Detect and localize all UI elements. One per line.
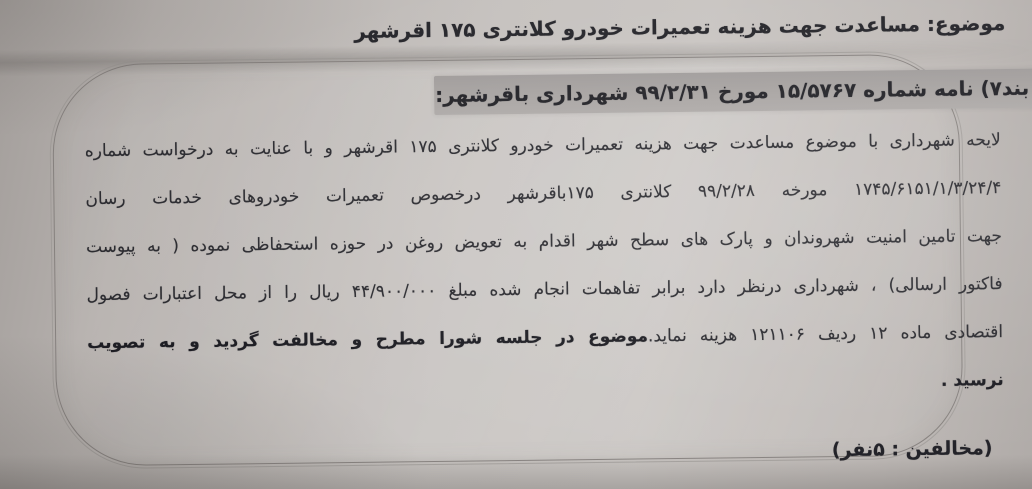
section-heading: بند۷) نامه شماره ۱۵/۵۷۶۷ مورخ ۹۹/۲/۳۱ شه…: [435, 76, 1029, 107]
section-heading-highlight: بند۷) نامه شماره ۱۵/۵۷۶۷ مورخ ۹۹/۲/۳۱ شه…: [434, 69, 1032, 115]
document-subject-title: موضوع: مساعدت جهت هزینه تعمیرات خودرو کل…: [354, 11, 1005, 43]
body-paragraph: لایحه شهرداری با موضوع مساعدت جهت هزینه …: [85, 116, 1004, 415]
dissenters-note: (مخالفین : ۵نفر): [832, 437, 993, 461]
document-sheet: موضوع: مساعدت جهت هزینه تعمیرات خودرو کل…: [0, 0, 1032, 489]
body-line-5-normal: اقتصادی ماده ۱۲ ردیف ۱۲۱۱۰۶ هزینه نماید.: [648, 322, 1003, 346]
body-line-5-bold-resolution: موضوع در جلسه شورا مطرح و مخالفت گردید و…: [87, 326, 648, 353]
scanned-document-photo: موضوع: مساعدت جهت هزینه تعمیرات خودرو کل…: [0, 0, 1032, 489]
